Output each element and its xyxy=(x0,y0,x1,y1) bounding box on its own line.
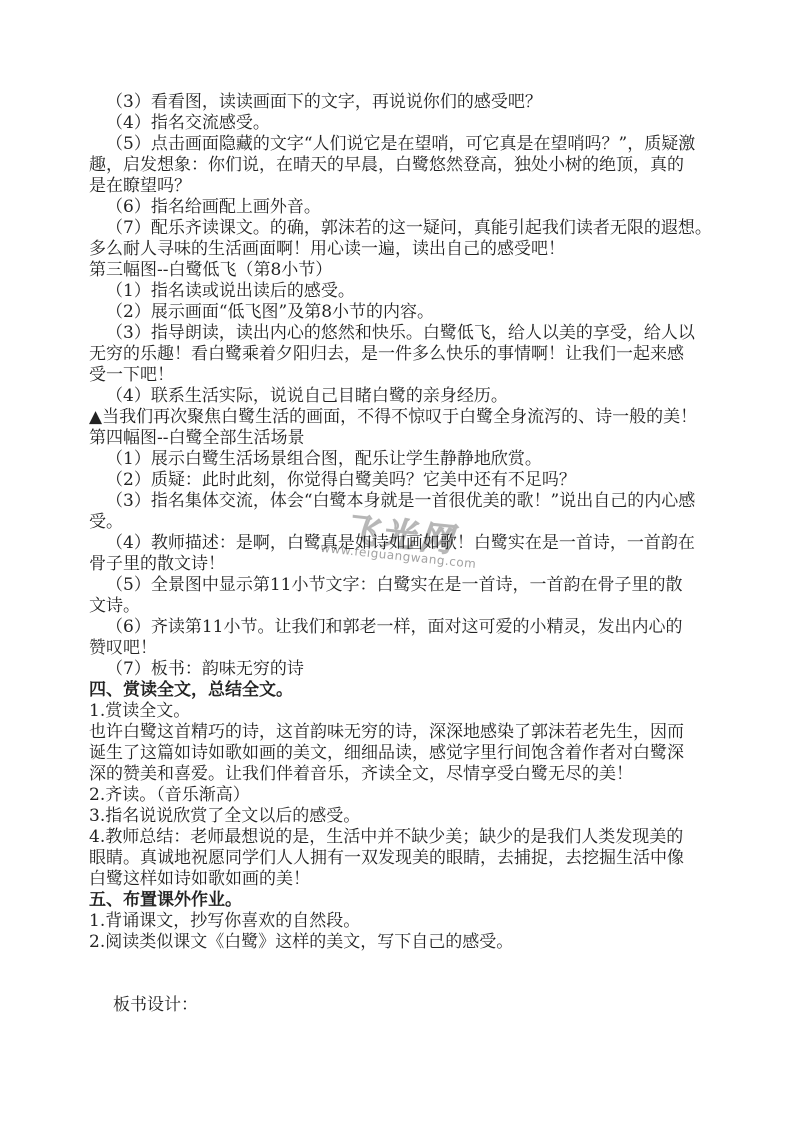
text-line: （2）展示画面“低飞图”及第8小节的内容。 xyxy=(89,302,725,323)
text-line: （1）展示白鹭生活场景组合图，配乐让学生静静地欣赏。 xyxy=(89,449,725,470)
blank-line xyxy=(89,974,725,995)
text-line: （3）指导朗读，读出内心的悠然和快乐。白鹭低飞，给人以美的享受，给人以 xyxy=(89,323,725,344)
text-line: 文诗。 xyxy=(89,596,725,617)
text-line: 赞叹吧！ xyxy=(89,638,725,659)
text-line: （4）联系生活实际，说说自己目睹白鹭的亲身经历。 xyxy=(89,386,725,407)
text-line: （3）指名集体交流，体会“白鹭本身就是一首很优美的歌！”说出自己的内心感 xyxy=(89,491,725,512)
text-line: 2.阅读类似课文《白鹭》这样的美文，写下自己的感受。 xyxy=(89,932,725,953)
text-line: 4.教师总结：老师最想说的是，生活中并不缺少美；缺少的是我们人类发现美的 xyxy=(89,827,725,848)
section-heading-line: 四、赏读全文，总结全文。 xyxy=(89,680,725,701)
text-line: 也许白鹭这首精巧的诗，这首韵味无穷的诗，深深地感染了郭沫若老先生，因而 xyxy=(89,722,725,743)
text-line: （6）齐读第11小节。让我们和郭老一样，面对这可爱的小精灵，发出内心的 xyxy=(89,617,725,638)
text-line: 第三幅图--白鹭低飞（第8小节） xyxy=(89,260,725,281)
text-line: 眼睛。真诚地祝愿同学们人人拥有一双发现美的眼睛，去捕捉，去挖掘生活中像 xyxy=(89,848,725,869)
text-line: 诞生了这篇如诗如歌如画的美文，细细品读，感觉字里行间饱含着作者对白鹭深 xyxy=(89,743,725,764)
text-line: 第四幅图--白鹭全部生活场景 xyxy=(89,428,725,449)
text-line: 趣，启发想象：你们说，在晴天的早晨，白鹭悠然登高，独处小树的绝顶，真的 xyxy=(89,155,725,176)
text-line: 骨子里的散文诗！ xyxy=(89,554,725,575)
text-line: 3.指名说说欣赏了全文以后的感受。 xyxy=(89,806,725,827)
text-line: （3）看看图，读读画面下的文字，再说说你们的感受吧？ xyxy=(89,92,725,113)
text-line: 2.齐读。（音乐渐高） xyxy=(89,785,725,806)
text-line: （6）指名给画配上画外音。 xyxy=(89,197,725,218)
document-body: （3）看看图，读读画面下的文字，再说说你们的感受吧？（4）指名交流感受。（5）点… xyxy=(89,92,725,1016)
text-line: 白鹭这样如诗如歌如画的美！ xyxy=(89,869,725,890)
text-line: （7）板书：韵味无穷的诗 xyxy=(89,659,725,680)
text-line: （5）全景图中显示第11小节文字：白鹭实在是一首诗，一首韵在骨子里的散 xyxy=(89,575,725,596)
text-line: 受一下吧！ xyxy=(89,365,725,386)
text-line: 多么耐人寻味的生活画面啊！用心读一遍，读出自己的感受吧！ xyxy=(89,239,725,260)
text-line: （2）质疑：此时此刻，你觉得白鹭美吗？它美中还有不足吗？ xyxy=(89,470,725,491)
text-line: （1）指名读或说出读后的感受。 xyxy=(89,281,725,302)
text-line: ▲当我们再次聚焦白鹭生活的画面，不得不惊叹于白鹭全身流泻的、诗一般的美！ xyxy=(89,407,725,428)
text-line: （7）配乐齐读课文。的确，郭沫若的这一疑问，真能引起我们读者无限的遐想。 xyxy=(89,218,725,239)
section-heading-line: 五、布置课外作业。 xyxy=(89,890,725,911)
text-line: 受。 xyxy=(89,512,725,533)
text-line: 1.赏读全文。 xyxy=(89,701,725,722)
text-line: 无穷的乐趣！看白鹭乘着夕阳归去，是一件多么快乐的事情啊！让我们一起来感 xyxy=(89,344,725,365)
text-line: （4）指名交流感受。 xyxy=(89,113,725,134)
text-line: 1.背诵课文，抄写你喜欢的自然段。 xyxy=(89,911,725,932)
text-line: 板书设计： xyxy=(89,995,725,1016)
document-page: 飞光网 www.feiguangwang.com （3）看看图，读读画面下的文字… xyxy=(0,0,793,1122)
text-line: （5）点击画面隐藏的文字“人们说它是在望哨，可它真是在望哨吗？”，质疑激 xyxy=(89,134,725,155)
text-line: 是在瞭望吗？ xyxy=(89,176,725,197)
blank-line xyxy=(89,953,725,974)
text-line: 深的赞美和喜爱。让我们伴着音乐，齐读全文，尽情享受白鹭无尽的美！ xyxy=(89,764,725,785)
text-line: （4）教师描述：是啊，白鹭真是如诗如画如歌！白鹭实在是一首诗，一首韵在 xyxy=(89,533,725,554)
